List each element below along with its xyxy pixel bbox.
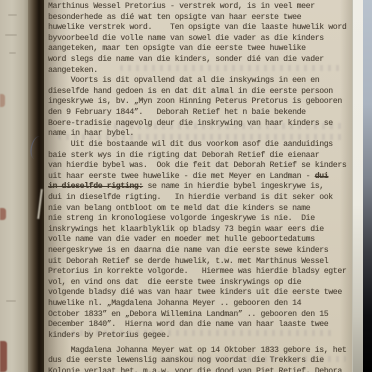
- text-segment: nie van belang ontbloot om te meld dat d…: [48, 204, 310, 213]
- text-line: nie van belang ontbloot om te meld dat d…: [48, 204, 352, 215]
- paper-speck: [5, 34, 17, 36]
- text-segment: uit haar eerste twee huwelike - die met …: [48, 172, 315, 181]
- text-line: kinders by Pretorius gegee.: [48, 331, 352, 342]
- text-segment: volgende bladsy dié was van haar twee ki…: [48, 288, 342, 297]
- text-line: Marthinus Wessel Pretorius - verstrek wo…: [48, 2, 352, 13]
- text-line: den 9 February 1844”. Deborah Retief het…: [48, 108, 352, 119]
- text-segment: Boere-tradisie nagevolg deur die inskryw…: [48, 119, 333, 128]
- text-line: Uit die bostaande wil dit dus voorkom as…: [48, 140, 352, 151]
- text-line: in dieselfde rigting: se name in hierdie…: [48, 182, 352, 193]
- text-segment: se name in hierdie bybel ingeskrywe is,: [143, 182, 324, 191]
- text-segment: Pretorius in korrekte volgorde. Hiermee …: [48, 267, 346, 276]
- text-line: besonderhede as dié wat ten opsigte van …: [48, 13, 352, 24]
- text-segment: Magdalena Johanna Meyer wat op 14 Oktobe…: [48, 346, 346, 355]
- text-segment: October 1833” en „Debora Willemina Landm…: [48, 310, 328, 319]
- text-segment: dus die eerste lewenslig aanskou nog voo…: [48, 356, 324, 365]
- text-line: word slegs die name van die kinders, son…: [48, 55, 352, 66]
- text-segment: dieselfde hand gedoen is en dat dit alma…: [48, 87, 333, 96]
- text-segment: Uit die bostaande wil dit dus voorkom as…: [48, 140, 333, 149]
- cover-edge-mark: [0, 94, 5, 107]
- text-segment: huwelike nl. „Magdalena Johanna Meyer ..…: [48, 299, 301, 308]
- paper-speck: [6, 300, 16, 302]
- text-segment: huwelike verstrek word. Ten opsigte van …: [48, 23, 346, 32]
- text-segment: kinders by Pretorius gegee.: [48, 331, 170, 340]
- text-line: aangeteken.: [48, 66, 352, 77]
- text-line: huwelike nl. „Magdalena Johanna Meyer ..…: [48, 299, 352, 310]
- text-line: uit haar eerste twee huwelike - die met …: [48, 172, 352, 183]
- paper-speck: [8, 14, 17, 16]
- text-line: name in haar bybel.: [48, 129, 352, 140]
- background-beyond-page: [363, 0, 372, 372]
- text-segment: Kolonie verlaat het, m.a.w. voor die doo…: [48, 367, 342, 372]
- text-segment: besonderhede as dié wat ten opsigte van …: [48, 13, 301, 22]
- text-line: byvoorbeeld die volle name van sowel die…: [48, 34, 352, 45]
- text-line: inskrywings het klaarblyklik op bladsy 7…: [48, 225, 352, 236]
- text-segment: byvoorbeeld die volle name van sowel die…: [48, 34, 324, 43]
- text-line: dus die eerste lewenslig aanskou nog voo…: [48, 356, 352, 367]
- text-segment: dui in dieselfde rigting. In hierdie ver…: [48, 193, 333, 202]
- text-segment: nie streng in kronologiese volgorde inge…: [48, 214, 315, 223]
- paper-speck: [9, 52, 16, 54]
- facing-page-edge: [0, 0, 30, 372]
- text-line: Voorts is dit opvallend dat al die insky…: [48, 76, 352, 87]
- text-line: Magdalena Johanna Meyer wat op 14 Oktobe…: [48, 346, 352, 357]
- text-segment: Marthinus Wessel Pretorius - verstrek wo…: [48, 2, 315, 11]
- text-line: volgende bladsy dié was van haar twee ki…: [48, 288, 352, 299]
- text-segment: van hierdie bybel was. Ook die feit dat …: [48, 161, 346, 170]
- text-line: nie streng in kronologiese volgorde inge…: [48, 214, 352, 225]
- struck-text: in dieselfde rigting:: [48, 182, 143, 191]
- text-line: October 1833” en „Debora Willemina Landm…: [48, 310, 352, 321]
- text-segment: word slegs die name van die kinders, son…: [48, 55, 324, 64]
- text-line: dui in dieselfde rigting. In hierdie ver…: [48, 193, 352, 204]
- text-line: baie sterk wys in die rigting dat Debora…: [48, 151, 352, 162]
- struck-text: dui: [315, 172, 329, 181]
- text-line: Boere-tradisie nagevolg deur die inskryw…: [48, 119, 352, 130]
- text-segment: baie sterk wys in die rigting dat Debora…: [48, 151, 319, 160]
- text-block: Marthinus Wessel Pretorius - verstrek wo…: [48, 2, 352, 372]
- text-segment: aangeteken, maar ten opsigte van die eer…: [48, 44, 306, 53]
- cover-edge-mark: [0, 208, 6, 220]
- text-segment: neergeskrywe is en daarna die name van d…: [48, 246, 328, 255]
- text-segment: den 9 February 1844”. Deborah Retief het…: [48, 108, 306, 117]
- cover-edge-mark: [0, 341, 7, 372]
- text-line: uit Deborah Retief se derde huwelik, t.w…: [48, 257, 352, 268]
- text-segment: uit Deborah Retief se derde huwelik, t.w…: [48, 257, 328, 266]
- document-page: Marthinus Wessel Pretorius - verstrek wo…: [44, 0, 354, 372]
- text-line: Pretorius in korrekte volgorde. Hiermee …: [48, 267, 352, 278]
- text-line: van hierdie bybel was. Ook die feit dat …: [48, 161, 352, 172]
- text-segment: ingeskrywe is, bv. „Myn zoon Hinning Pet…: [48, 97, 342, 106]
- photo-frame: Marthinus Wessel Pretorius - verstrek wo…: [0, 0, 372, 372]
- text-segment: Voorts is dit opvallend dat al die insky…: [48, 76, 319, 85]
- text-line: huwelike verstrek word. Ten opsigte van …: [48, 23, 352, 34]
- text-segment: December 1840”. Hierna word dan die name…: [48, 320, 328, 329]
- text-segment: vol, en vind ons dat die eerste twee ins…: [48, 278, 301, 287]
- text-segment: name in haar bybel.: [48, 129, 134, 138]
- text-segment: volle name van die vader en moeder met h…: [48, 235, 315, 244]
- text-segment: aangeteken.: [48, 66, 98, 75]
- text-line: volle name van die vader en moeder met h…: [48, 235, 352, 246]
- text-segment: inskrywings het klaarblyklik op bladsy 7…: [48, 225, 324, 234]
- text-line: December 1840”. Hierna word dan die name…: [48, 320, 352, 331]
- text-line: Kolonie verlaat het, m.a.w. voor die doo…: [48, 367, 352, 372]
- text-line: ingeskrywe is, bv. „Myn zoon Hinning Pet…: [48, 97, 352, 108]
- text-line: aangeteken, maar ten opsigte van die eer…: [48, 44, 352, 55]
- text-line: dieselfde hand gedoen is en dat dit alma…: [48, 87, 352, 98]
- text-line: neergeskrywe is en daarna die name van d…: [48, 246, 352, 257]
- text-line: vol, en vind ons dat die eerste twee ins…: [48, 278, 352, 289]
